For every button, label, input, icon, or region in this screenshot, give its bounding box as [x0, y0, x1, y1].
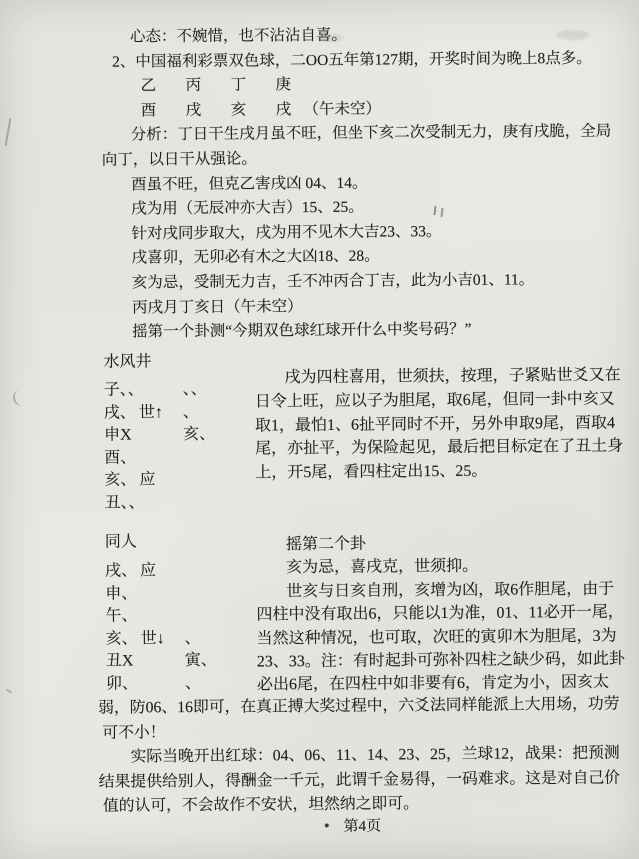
text-line: 尾，亦扯平，为保险起见，最后把目标定在了丑土身: [255, 435, 633, 462]
page-footer: ●第4页: [3, 812, 639, 838]
hexagram-changed-line-mark: 亥、: [183, 421, 215, 444]
hexagram-line-branch: 申、: [105, 585, 137, 602]
page-number: 第4页: [344, 819, 382, 835]
text-line: 亥为忌，喜戌克，世须抑。: [286, 554, 634, 580]
text-line: 弱，防06、16即可，在真正搏大奖过程中，六爻法同样能派上大用场，功劳: [98, 693, 638, 722]
section-first-hexagram: 水风井 子、、、、戌、世↑、申X亥、酉、亥、应丑、、 戌为四柱喜用，世须扶，按理…: [0, 347, 639, 524]
text-line: 戌为四柱喜用，世须扶，按理，子紧贴世爻又在: [285, 364, 633, 391]
hexagram-line: 丑、、: [104, 489, 249, 513]
top-text-block: 心态：不婉惜，也不沾沾自喜。2、中国福利彩票双色球，二OO五年第127期，开奖时…: [101, 22, 633, 346]
text-line: 日令上旺，应以子为胆尾，取6尾，但同一卦中亥又: [255, 387, 633, 414]
hexagram-line-branch: 申X: [104, 427, 132, 444]
page-content: 心态：不婉惜，也不沾沾自喜。2、中国福利彩票双色球，二OO五年第127期，开奖时…: [0, 0, 639, 859]
void-branches-note: （午未空）: [303, 97, 381, 122]
hexagram-line: 戌、应: [105, 557, 250, 581]
hexagram-lines: 子、、、、戌、世↑、申X亥、酉、亥、应丑、、: [104, 376, 250, 513]
hexagram-line: 戌、世↑、: [104, 398, 249, 422]
pillar-char: 戌: [185, 99, 201, 124]
hexagram-line: 申X亥、: [104, 421, 249, 445]
text-line: 结果提供给别人，得酬金一千元，此谓千金易得，一码难求。这是对自己价: [99, 766, 639, 795]
hexagram-title: 同人: [105, 531, 250, 554]
hexagram-line-branch: 卯、: [106, 675, 138, 692]
scanned-document-page: 心态：不婉惜，也不沾沾自喜。2、中国福利彩票双色球，二OO五年第127期，开奖时…: [0, 0, 639, 859]
first-hexagram-commentary: 戌为四柱喜用，世须扶，按理，子紧贴世爻又在日令上旺，应以子为胆尾，取6尾，但同一…: [255, 364, 634, 486]
hexagram-shi-ying-marker: 应: [140, 562, 156, 579]
pillar-char: 丁: [230, 74, 246, 99]
hexagram-line: 子、、、、: [104, 376, 249, 400]
pillar-char: 戌: [275, 98, 291, 123]
text-line: 分析：丁日干生戌月虽不旺，但坐下亥二次受制无力，庚有戌脆，全局: [131, 120, 632, 149]
hexagram-line: 丑X寅、: [106, 647, 251, 671]
hexagram-shi-ying-marker: 应: [139, 472, 155, 489]
hexagram-shui-feng-jing: 水风井 子、、、、戌、世↑、申X亥、酉、亥、应丑、、: [103, 351, 249, 513]
hexagram-changed-line-mark: 、: [185, 669, 201, 692]
hexagram-line: 卯、、: [106, 669, 251, 693]
hexagram-lines: 戌、应申、午、亥、世↓、丑X寅、卯、、: [105, 557, 251, 693]
earthly-branches: 酉戌亥戌: [140, 98, 291, 124]
hexagram-line-branch: 戌、: [105, 562, 137, 579]
hexagram-changed-line-mark: 寅、: [185, 647, 217, 670]
hexagram-shi-ying-marker: 世↓: [141, 630, 165, 647]
text-line: 23、33。注：有时起卦可弥补四柱之缺少码，如此卦: [257, 648, 635, 674]
hexagram-line: 午、: [105, 602, 250, 626]
text-line: 取1，最怕1、6扯平同时不开，另外申取9尾，酉取4: [255, 411, 633, 438]
hexagram-changed-line-mark: 、、: [183, 376, 207, 399]
heavenly-stems: 乙丙丁庚: [140, 73, 291, 99]
text-line: 当然这种情况，也可取，次旺的寅卯木为胆尾，3为: [257, 624, 635, 650]
hexagram-line-branch: 戌、: [104, 404, 136, 421]
hexagram-line: 亥、应: [104, 466, 249, 490]
hexagram-line-branch: 午、: [105, 607, 137, 624]
hexagram-line-branch: 酉、: [104, 449, 136, 466]
hexagram-shi-ying-marker: 世↑: [139, 404, 163, 421]
pillar-char: 丙: [185, 74, 201, 99]
hexagram-tong-ren: 同人 戌、应申、午、亥、世↓、丑X寅、卯、、: [105, 531, 251, 693]
text-line: 2、中国福利彩票双色球，二OO五年第127期，开奖时间为晚上8点多。: [112, 46, 631, 75]
hexagram-line: 申、: [105, 579, 250, 603]
hexagram-line: 酉、: [104, 443, 249, 467]
hexagram-line: 亥、世↓、: [106, 624, 251, 648]
pillar-char: 乙: [140, 74, 156, 99]
text-line: 世亥与日亥自刑，亥增为凶，取6作胆尾，由于: [286, 577, 634, 603]
closing-paragraphs: 弱，防06、16即可，在真正搏大奖过程中，六爻法同样能派上大用场，功劳可不小！实…: [102, 693, 639, 820]
hexagram-line-branch: 丑、、: [105, 494, 145, 511]
hexagram-title: 水风井: [103, 351, 248, 374]
text-line: 摇第二个卦: [286, 531, 634, 557]
analysis-paragraphs: 分析：丁日干生戌月虽不旺，但坐下亥二次受制无力，庚有戌脆，全局向丁，以日干从强论…: [102, 120, 634, 345]
pillar-char: 庚: [275, 73, 291, 98]
section-second-hexagram: 同人 戌、应申、午、亥、世↓、丑X寅、卯、、 摇第二个卦亥为忌，喜戌克，世须抑。…: [1, 527, 639, 697]
footer-dot-mark: ●: [324, 820, 330, 830]
intro-paragraphs: 心态：不婉惜，也不沾沾自喜。2、中国福利彩票双色球，二OO五年第127期，开奖时…: [101, 22, 631, 75]
pillar-char: 亥: [230, 98, 246, 123]
hexagram-changed-line-mark: 、: [185, 624, 201, 647]
hexagram-changed-line-mark: 、: [183, 399, 199, 422]
text-line: 四柱中没有取出6，只能以1为准，01、11必开一尾，: [256, 601, 634, 627]
text-line: 实际当晚开出红球：04、06、11、14、23、25，兰球12，战果：把预测: [130, 742, 638, 771]
text-line: 摇第一个卦测“今期双色球红球开什么中奖号码？”: [132, 317, 633, 346]
pillar-char: 酉: [140, 99, 156, 124]
hexagram-line-branch: 亥、: [106, 630, 138, 647]
hexagram-line-branch: 子、、: [104, 381, 144, 398]
hexagram-line-branch: 亥、: [104, 472, 136, 489]
hexagram-line-branch: 丑X: [106, 652, 134, 669]
text-line: 上，开5尾，看四柱定出15、25。: [255, 459, 633, 486]
second-hexagram-commentary: 摇第二个卦亥为忌，喜戌克，世须抑。世亥与日亥自刑，亥增为凶，取6作胆尾，由于四柱…: [256, 531, 635, 698]
